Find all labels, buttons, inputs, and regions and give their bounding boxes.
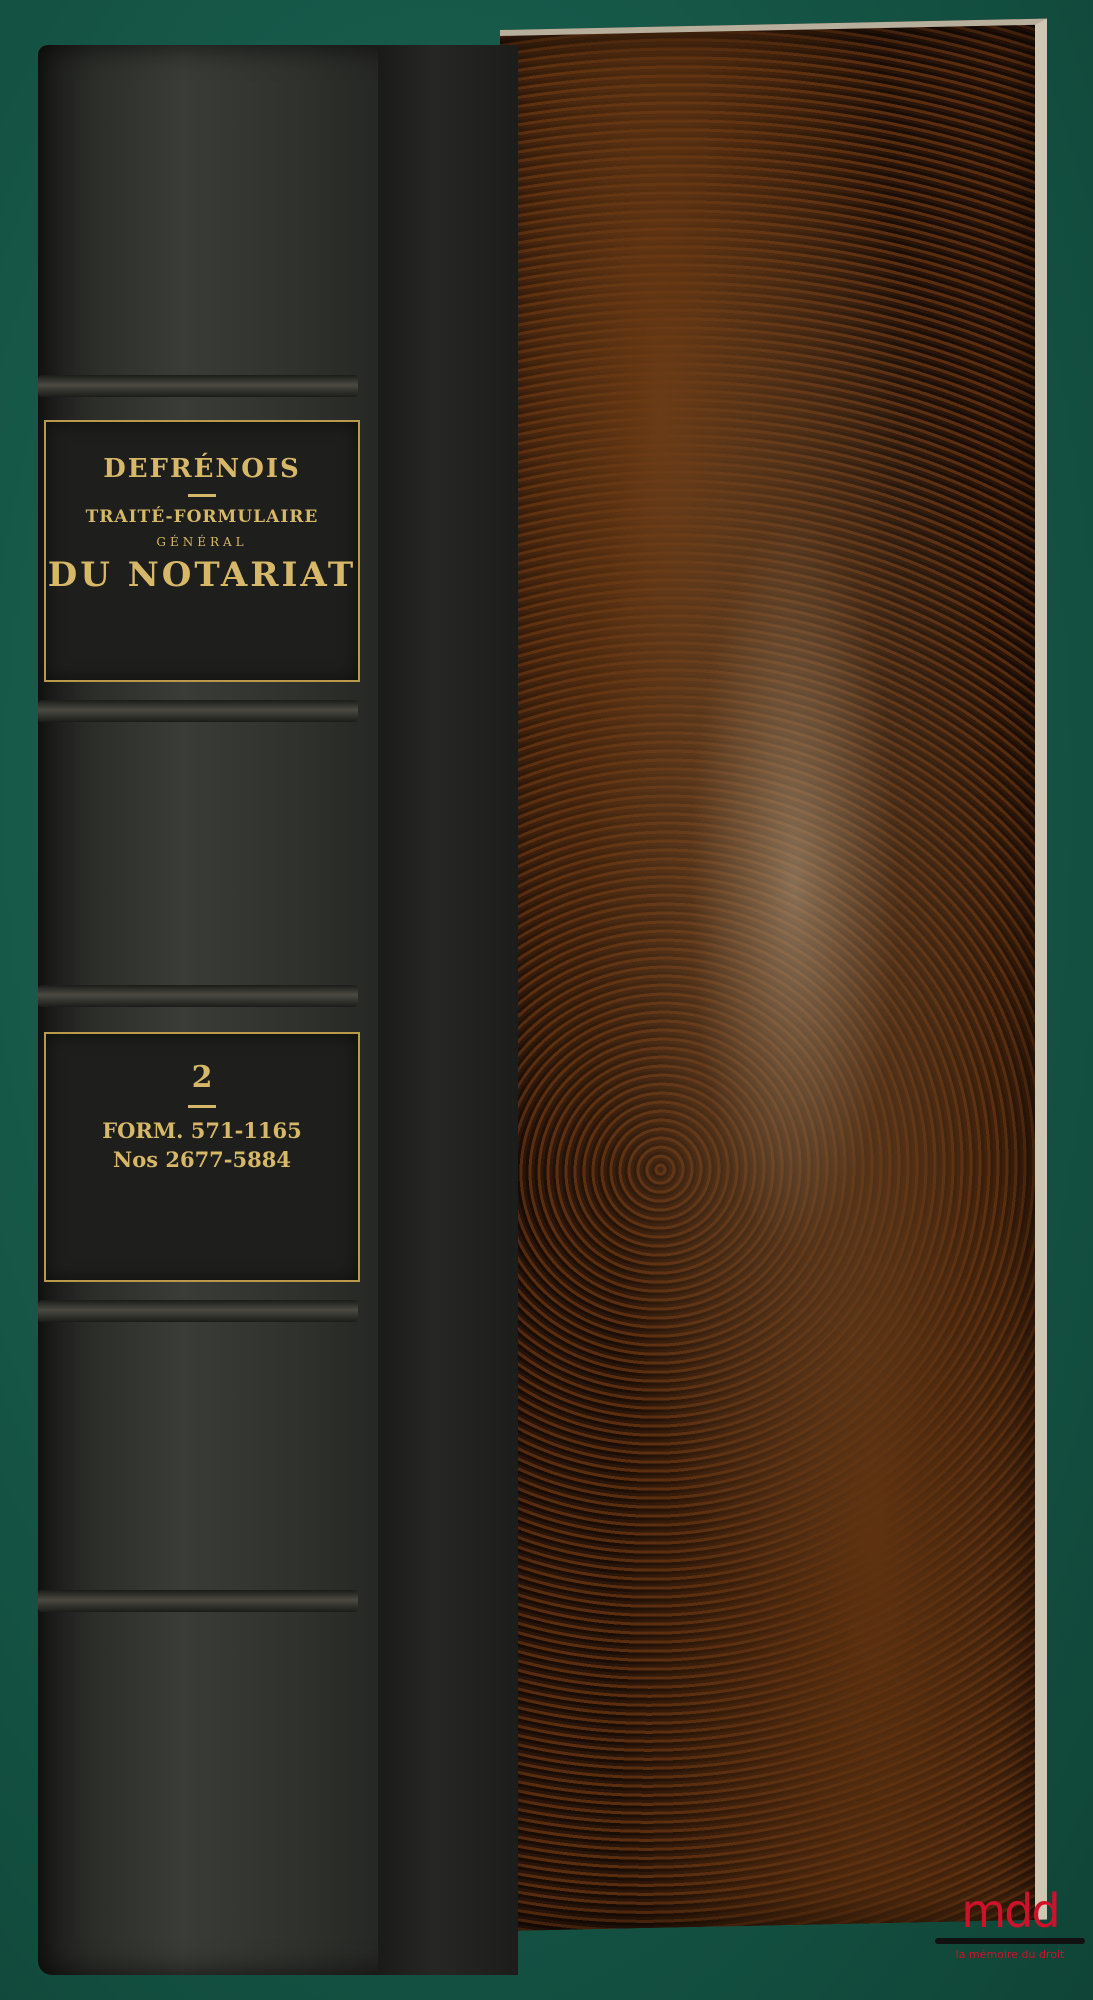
spine-title-label: DEFRÉNOIS TRAITÉ-FORMULAIRE GÉNÉRAL DU N… (44, 420, 360, 682)
logo-tagline: la mémoire du droit (935, 1948, 1085, 1961)
volume-number: 2 (46, 1060, 358, 1095)
spine-raised-band (38, 1300, 358, 1322)
spine-volume-label: 2 FORM. 571-1165 Nos 2677-5884 (44, 1032, 360, 1282)
number-range: Nos 2677-5884 (46, 1147, 358, 1172)
marbled-front-cover (500, 19, 1047, 1931)
spine-raised-band (38, 985, 358, 1007)
title-line-3: DU NOTARIAT (46, 555, 358, 595)
author-name: DEFRÉNOIS (46, 454, 358, 484)
formula-range: FORM. 571-1165 (46, 1118, 358, 1143)
logo-underline (935, 1938, 1085, 1944)
title-line-1: TRAITÉ-FORMULAIRE (46, 507, 358, 527)
spine-raised-band (38, 700, 358, 722)
gilt-dash (188, 494, 216, 497)
book-spine (38, 45, 518, 1975)
spine-raised-band (38, 375, 358, 397)
watermark-logo: mdd la mémoire du droit (935, 1888, 1085, 1961)
gilt-dash (188, 1105, 216, 1108)
title-line-2: GÉNÉRAL (46, 535, 358, 549)
book-photo: DEFRÉNOIS TRAITÉ-FORMULAIRE GÉNÉRAL DU N… (0, 0, 1093, 2000)
logo-mark: mdd (935, 1888, 1085, 1934)
spine-raised-band (38, 1590, 358, 1612)
